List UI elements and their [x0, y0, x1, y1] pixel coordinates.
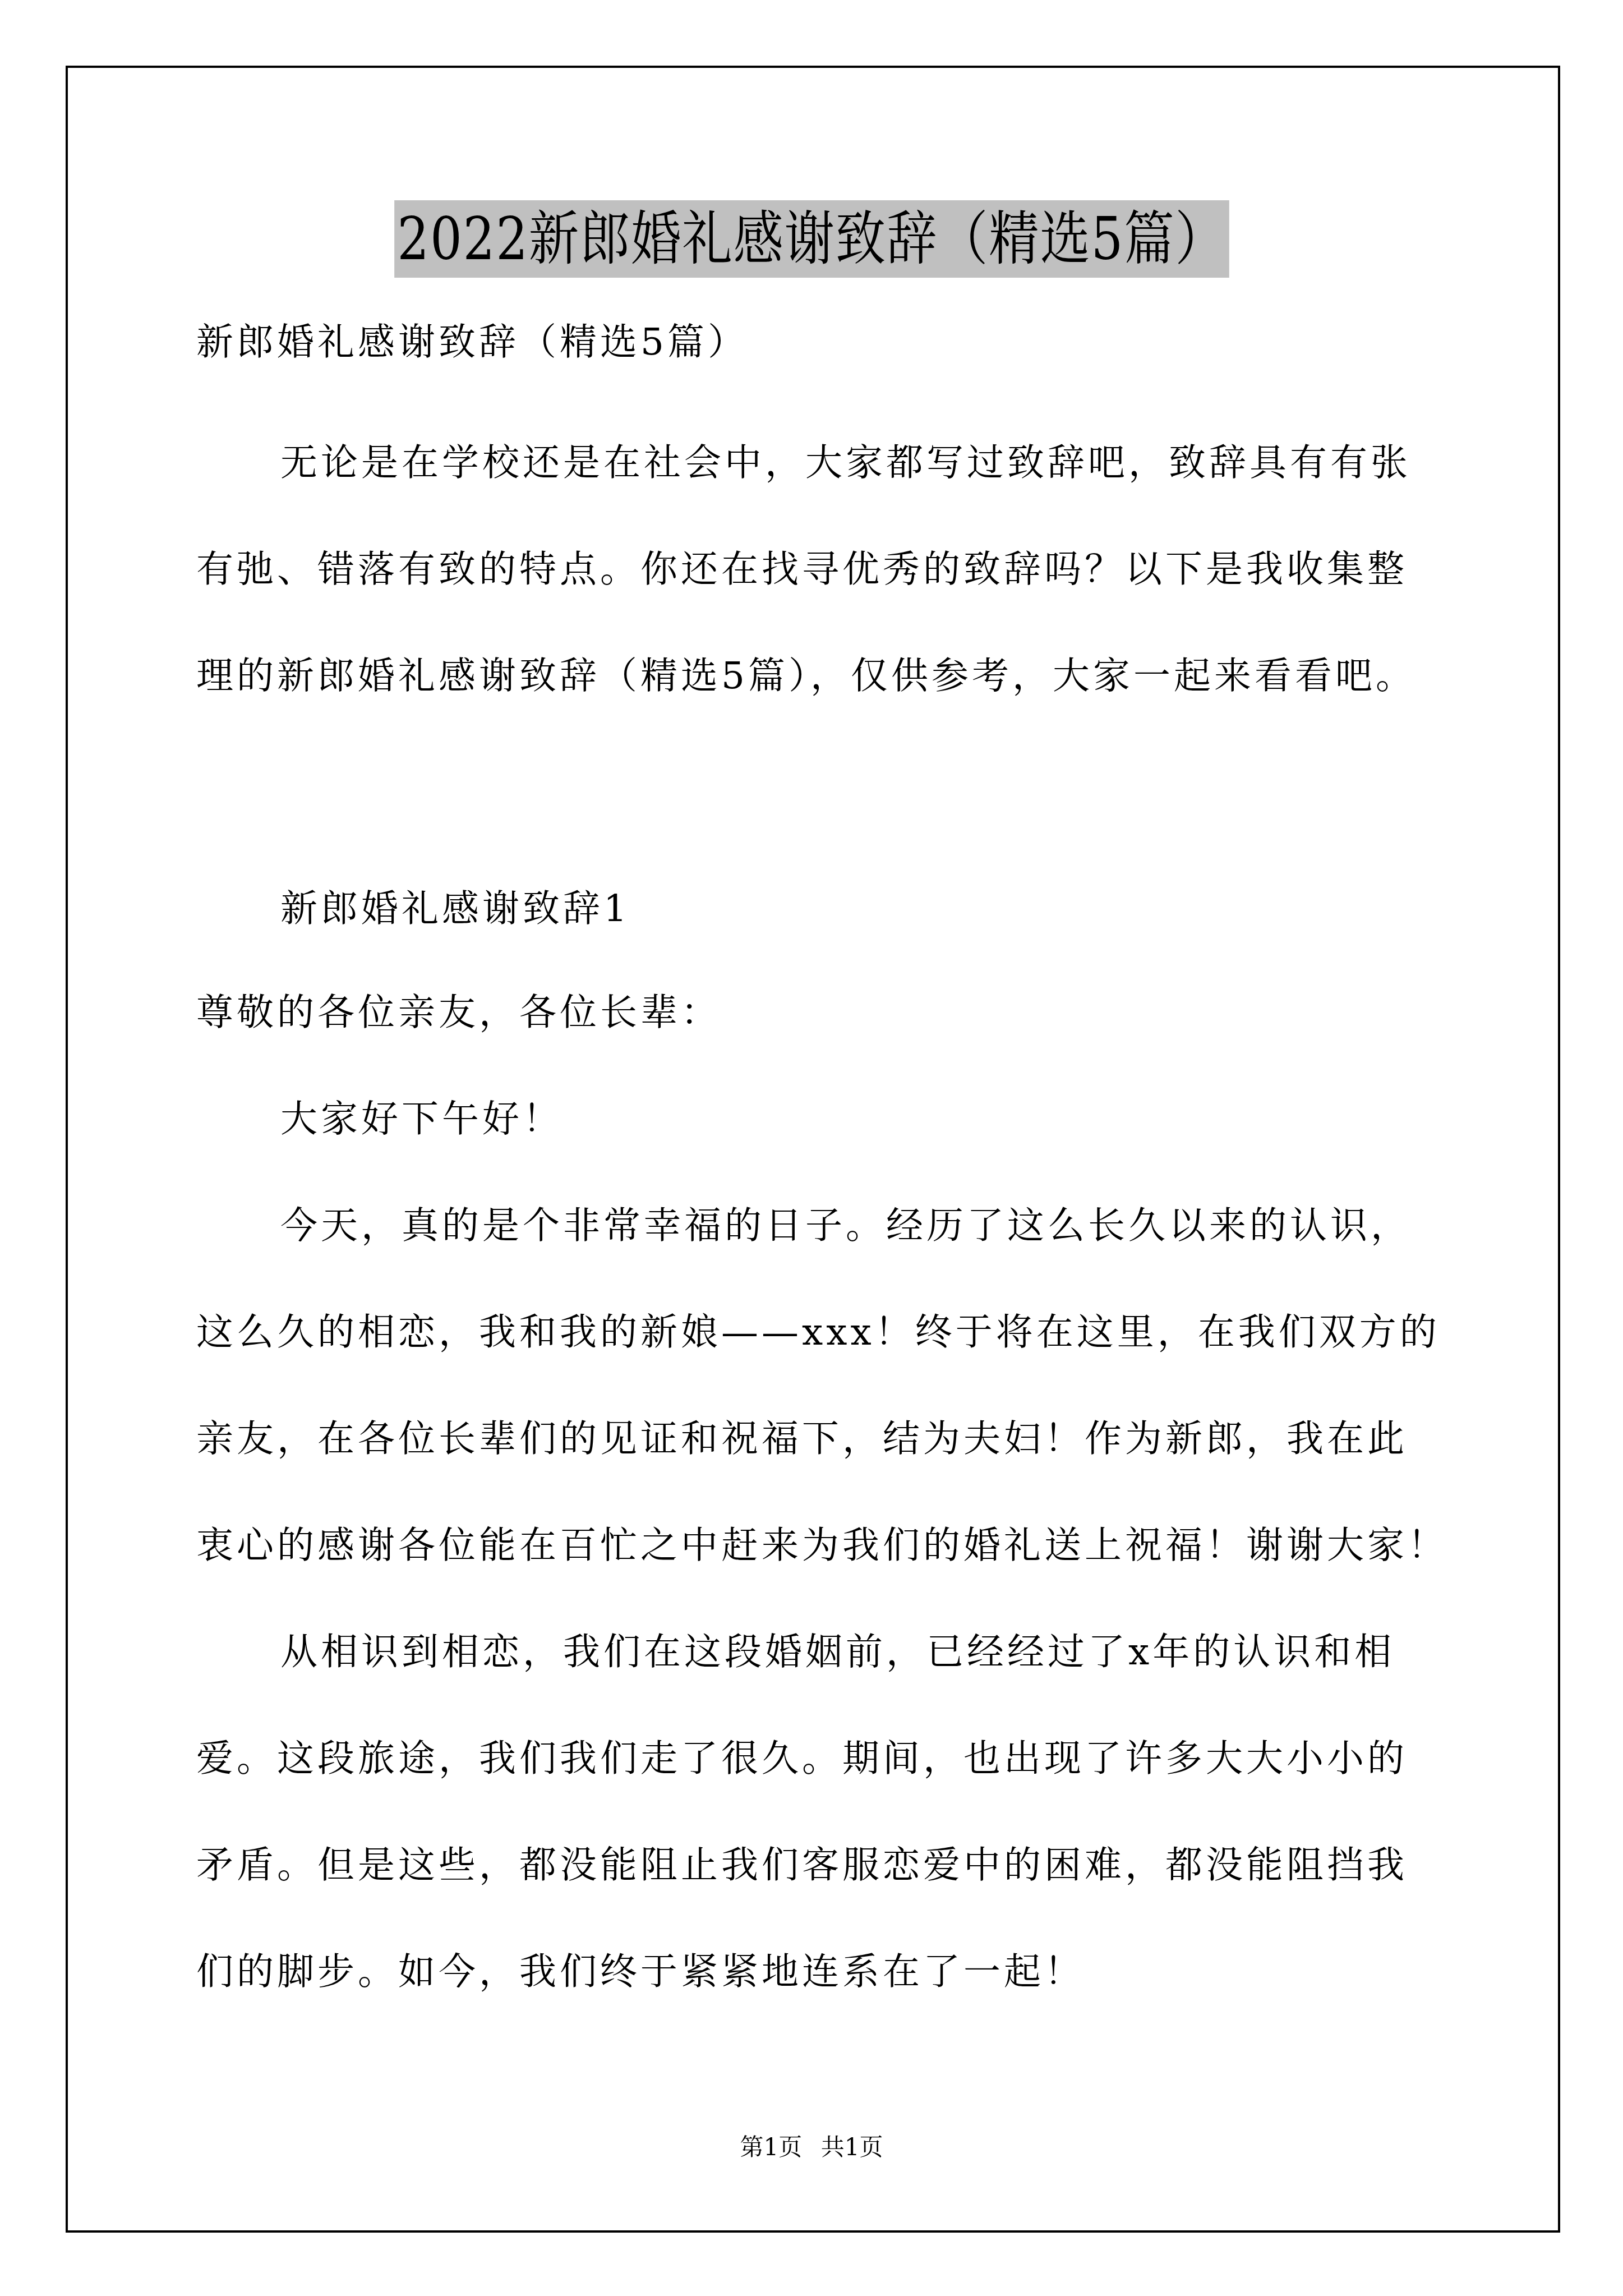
paragraph-line: 矛盾。但是这些，都没能阻止我们客服恋爱中的困难，都没能阻挡我 — [196, 1843, 1408, 1888]
subtitle: 新郎婚礼感谢致辞（精选5篇） — [196, 320, 748, 365]
paragraph-line: 爱。这段旅途，我们我们走了很久。期间，也出现了许多大大小小的 — [196, 1736, 1408, 1781]
intro-line: 有弛、错落有致的特点。你还在找寻优秀的致辞吗？以下是我收集整 — [196, 547, 1408, 592]
greeting: 大家好下午好！ — [280, 1097, 563, 1142]
salutation: 尊敬的各位亲友，各位长辈： — [196, 990, 721, 1035]
paragraph-line: 衷心的感谢各位能在百忙之中赶来为我们的婚礼送上祝福！谢谢大家！ — [196, 1523, 1448, 1568]
paragraph-line: 亲友，在各位长辈们的见证和祝福下，结为夫妇！作为新郎，我在此 — [196, 1416, 1408, 1461]
document-title: 2022新郎婚礼感谢致辞（精选5篇） — [394, 200, 1229, 278]
paragraph-line: 从相识到相恋，我们在这段婚姻前，已经经过了x年的认识和相 — [280, 1630, 1395, 1674]
intro-line: 理的新郎婚礼感谢致辞（精选5篇），仅供参考，大家一起来看看吧。 — [196, 654, 1416, 698]
paragraph-line: 这么久的相恋，我和我的新娘——xxx！终于将在这里，在我们双方的 — [196, 1310, 1440, 1355]
paragraph-line: 们的脚步。如今，我们终于紧紧地连系在了一起！ — [196, 1949, 1085, 1994]
page-border — [66, 66, 1560, 2233]
page-footer: 第1页 共1页 — [0, 2129, 1623, 2162]
section-heading: 新郎婚礼感谢致辞1 — [280, 886, 630, 931]
intro-line: 无论是在学校还是在社会中，大家都写过致辞吧，致辞具有有张 — [280, 440, 1411, 485]
paragraph-line: 今天，真的是个非常幸福的日子。经历了这么长久以来的认识， — [280, 1203, 1411, 1248]
page-total: 共1页 — [821, 2133, 883, 2161]
title-container: 2022新郎婚礼感谢致辞（精选5篇） — [0, 200, 1623, 278]
page-number: 第1页 — [740, 2133, 803, 2161]
